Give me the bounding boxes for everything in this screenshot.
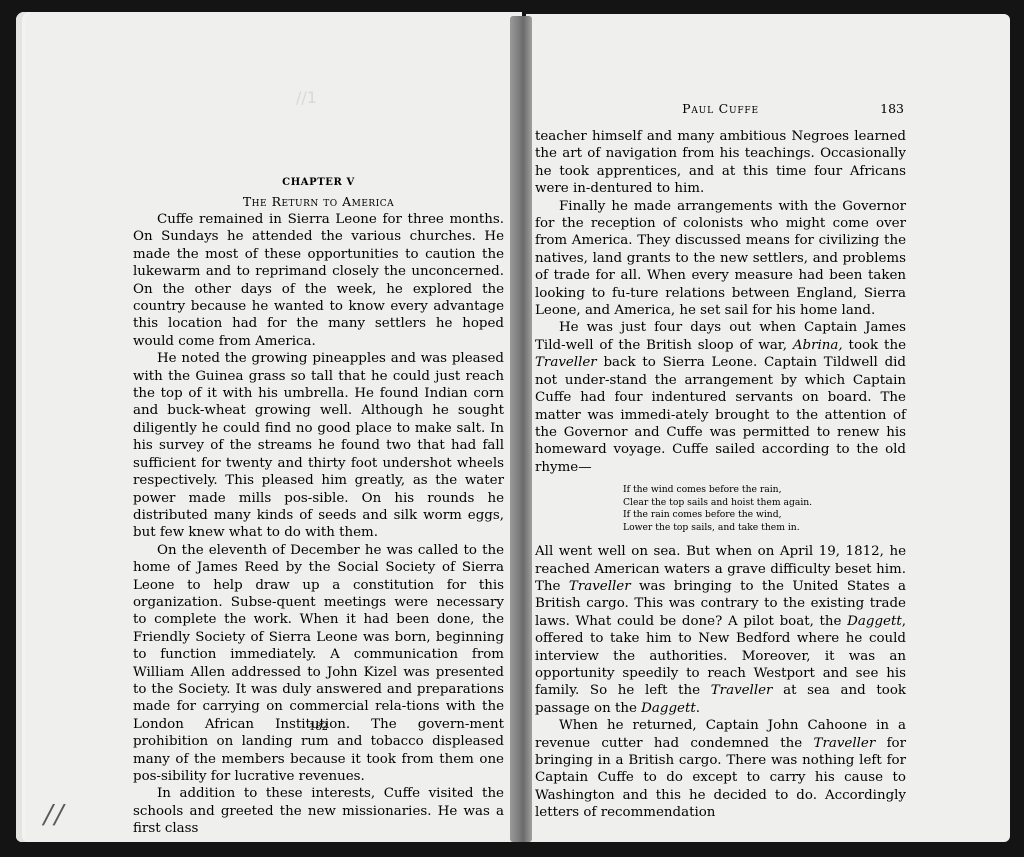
paragraph: teacher himself and many ambitious Negro… [535,128,906,198]
paragraph: He was just four days out when Captain J… [535,319,906,476]
chapter-label: CHAPTER V [133,177,504,188]
paragraph: When he returned, Captain John Cahoone i… [535,717,906,821]
ship-name: Abrina, [793,338,843,353]
rhyme-line: If the wind comes before the rain, [623,484,906,497]
page-number-right: 183 [880,101,904,116]
rhyme-line: Clear the top sails and hoist them again… [623,497,906,510]
text-run: took the [843,338,906,353]
paragraph: All went well on sea. But when on April … [535,543,906,717]
paragraph: In addition to these interests, Cuffe vi… [133,785,504,837]
rhyme: If the wind comes before the rain, Clear… [623,484,906,534]
book-gutter [510,16,532,842]
running-head: Paul Cuffe 183 [535,101,906,119]
paragraph: Cuffe remained in Sierra Leone for three… [133,211,504,350]
ship-name: Daggett [641,701,696,716]
right-page-body: teacher himself and many ambitious Negro… [535,128,906,822]
left-page-body: Cuffe remained in Sierra Leone for three… [133,211,504,838]
page-number-left: 182 [133,722,504,733]
ship-name: Traveller [569,579,631,594]
text-run: . [696,701,700,716]
paragraph: He noted the growing pineapples and was … [133,350,504,541]
ship-name: Traveller [711,683,773,698]
chapter-title: The Return to America [133,194,504,209]
paragraph: Finally he made arrangements with the Go… [535,198,906,320]
ship-name: Traveller [535,355,597,370]
paragraph: On the eleventh of December he was calle… [133,542,504,786]
rhyme-line: Lower the top sails, and take them in. [623,522,906,535]
rhyme-line: If the rain comes before the wind, [623,509,906,522]
text-run: back to Sierra Leone. Captain Tildwell d… [535,355,906,474]
ship-name: Daggett [847,614,902,629]
ship-name: Traveller [814,736,876,751]
pencil-mark-top: //1 [296,88,317,107]
running-title: Paul Cuffe [535,101,906,116]
